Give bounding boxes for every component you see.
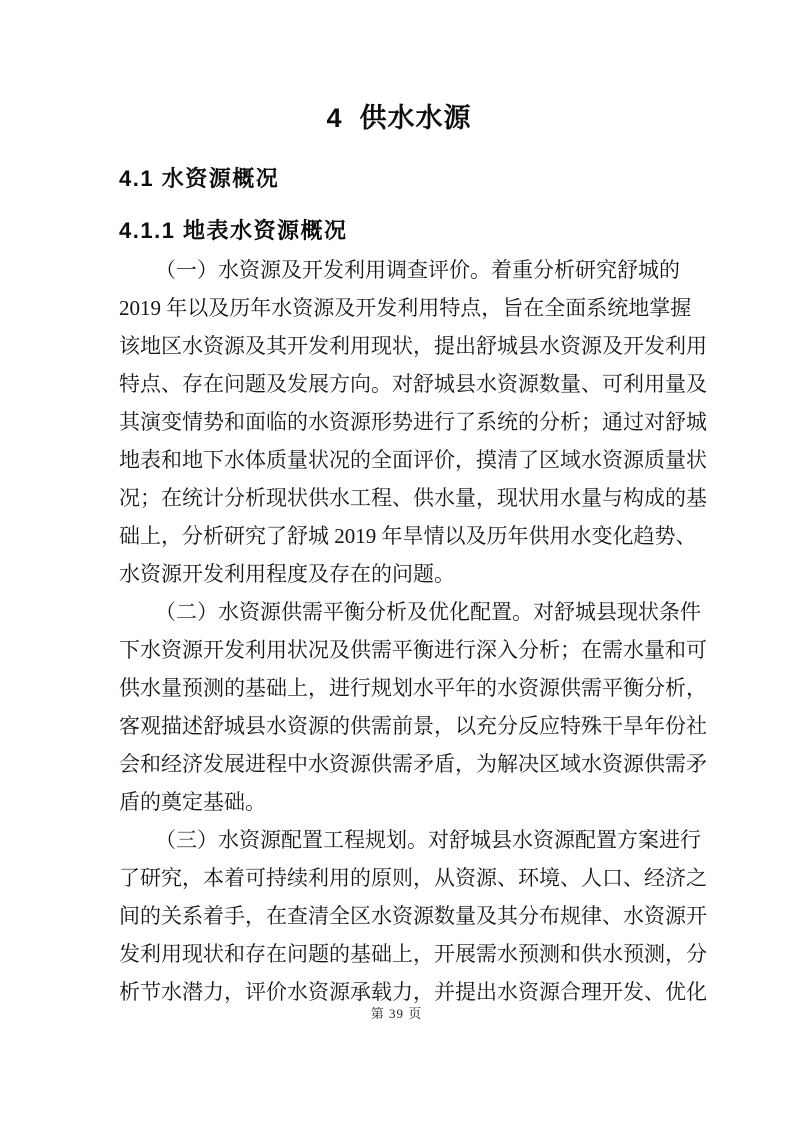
text-line: 了研究，本着可持续利用的原则，从资源、环境、人口、经济之 [119, 859, 679, 897]
chapter-title: 4 供水水源 [119, 101, 679, 135]
text-line: 发利用现状和存在问题的基础上，开展需水预测和供水预测，分 [119, 935, 679, 973]
subsection-heading: 4.1.1 地表水资源概况 [119, 217, 679, 244]
text-line: 特点、存在问题及发展方向。对舒城县水资源数量、可利用量及 [119, 365, 679, 403]
text-line: （二）水资源供需平衡分析及优化配置。对舒城县现状条件 [119, 593, 679, 631]
paragraph-3: （三）水资源配置工程规划。对舒城县水资源配置方案进行 了研究，本着可持续利用的原… [119, 821, 679, 1011]
text-line: 下水资源开发利用状况及供需平衡进行深入分析；在需水量和可 [119, 631, 679, 669]
text-line: 供水量预测的基础上，进行规划水平年的水资源供需平衡分析， [119, 669, 679, 707]
text-line: 会和经济发展进程中水资源供需矛盾，为解决区域水资源供需矛 [119, 745, 679, 783]
document-page: 4 供水水源 4.1 水资源概况 4.1.1 地表水资源概况 （一）水资源及开发… [0, 0, 793, 1122]
text-line: 水资源开发利用程度及存在的问题。 [119, 555, 679, 593]
text-line: 地表和地下水体质量状况的全面评价，摸清了区域水资源质量状 [119, 441, 679, 479]
paragraph-2: （二）水资源供需平衡分析及优化配置。对舒城县现状条件 下水资源开发利用状况及供需… [119, 593, 679, 821]
section-heading: 4.1 水资源概况 [119, 165, 679, 192]
body-text: （一）水资源及开发利用调查评价。着重分析研究舒城的 2019 年以及历年水资源及… [119, 251, 679, 1011]
text-line: 2019 年以及历年水资源及开发利用特点，旨在全面系统地掌握 [119, 289, 679, 327]
text-line: 该地区水资源及其开发利用现状，提出舒城县水资源及开发利用 [119, 327, 679, 365]
text-line: 客观描述舒城县水资源的供需前景，以充分反应特殊干旱年份社 [119, 707, 679, 745]
text-line: 间的关系着手，在查清全区水资源数量及其分布规律、水资源开 [119, 897, 679, 935]
text-line: （一）水资源及开发利用调查评价。着重分析研究舒城的 [119, 251, 679, 289]
page-content: 4 供水水源 4.1 水资源概况 4.1.1 地表水资源概况 （一）水资源及开发… [119, 0, 679, 1011]
text-line: 盾的奠定基础。 [119, 783, 679, 821]
paragraph-1: （一）水资源及开发利用调查评价。着重分析研究舒城的 2019 年以及历年水资源及… [119, 251, 679, 593]
text-line: 其演变情势和面临的水资源形势进行了系统的分析；通过对舒城 [119, 403, 679, 441]
page-number: 第 39 页 [0, 1003, 793, 1022]
text-line: （三）水资源配置工程规划。对舒城县水资源配置方案进行 [119, 821, 679, 859]
text-line: 础上，分析研究了舒城 2019 年旱情以及历年供用水变化趋势、 [119, 517, 679, 555]
text-line: 况；在统计分析现状供水工程、供水量，现状用水量与构成的基 [119, 479, 679, 517]
